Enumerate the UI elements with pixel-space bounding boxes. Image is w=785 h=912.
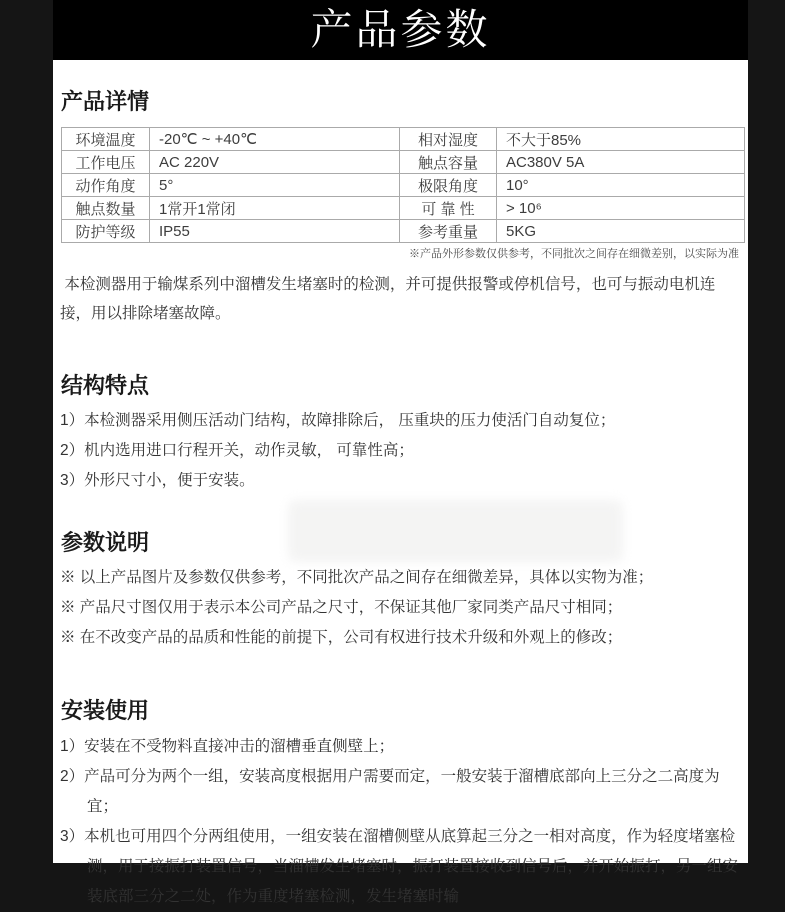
spec-label: 动作角度 — [62, 174, 150, 197]
spec-label: 相对湿度 — [400, 128, 497, 151]
table-note: ※产品外形参数仅供参考，不同批次之间存在细微差别，以实际为准 — [60, 247, 739, 261]
spec-value: 不大于85% — [497, 128, 745, 151]
spec-label: 环境温度 — [62, 128, 150, 151]
spec-label: 参考重量 — [400, 220, 497, 243]
product-description: 本检测器用于输煤系列中溜槽发生堵塞时的检测，并可提供报警或停机信号，也可与振动电… — [60, 270, 741, 328]
spec-label: 极限角度 — [400, 174, 497, 197]
list-item: 2）机内选用进口行程开关，动作灵敏， 可靠性高； — [60, 436, 741, 466]
installation-list: 1）安装在不受物料直接冲击的溜槽垂直侧壁上；2）产品可分为两个一组，安装高度根据… — [60, 732, 741, 863]
spec-label: 触点容量 — [400, 151, 497, 174]
list-item: ※ 以上产品图片及参数仅供参考，不同批次产品之间存在细微差异，具体以实物为准； — [60, 563, 741, 593]
list-item: 2）产品可分为两个一组，安装高度根据用户需要而定，一般安装于溜槽底部向上三分之二… — [60, 762, 741, 822]
spec-label: 触点数量 — [62, 197, 150, 220]
spec-value: 1常开1常闭 — [150, 197, 400, 220]
section-heading-structure-features: 结构特点 — [61, 372, 741, 399]
list-item: ※ 在不改变产品的品质和性能的前提下，公司有权进行技术升级和外观上的修改； — [60, 623, 741, 653]
spec-label: 可 靠 性 — [400, 197, 497, 220]
section-heading-parameter-notes: 参数说明 — [61, 529, 741, 556]
parameter-notes-list: ※ 以上产品图片及参数仅供参考，不同批次产品之间存在细微差异，具体以实物为准；※… — [60, 563, 741, 653]
spec-value: 5KG — [497, 220, 745, 243]
list-item: 3）外形尺寸小，便于安装。 — [60, 466, 741, 496]
spec-value: AC380V 5A — [497, 151, 745, 174]
spec-label: 防护等级 — [62, 220, 150, 243]
spec-value: > 10⁶ — [497, 197, 745, 220]
page-title: 产品参数 — [310, 9, 490, 51]
spec-table-body: 环境温度-20℃ ~ +40℃相对湿度不大于85%工作电压AC 220V触点容量… — [62, 128, 745, 243]
spec-value: -20℃ ~ +40℃ — [150, 128, 400, 151]
banner: 产品参数 — [53, 0, 748, 60]
spec-row: 动作角度5°极限角度10° — [62, 174, 745, 197]
spec-table: 环境温度-20℃ ~ +40℃相对湿度不大于85%工作电压AC 220V触点容量… — [61, 127, 745, 243]
spec-label: 工作电压 — [62, 151, 150, 174]
product-detail-card: 产品参数 产品详情 环境温度-20℃ ~ +40℃相对湿度不大于85%工作电压A… — [53, 0, 748, 863]
list-item: 3）本机也可用四个分两组使用，一组安装在溜槽侧壁从底算起三分之一相对高度，作为轻… — [60, 822, 741, 863]
content: 产品详情 环境温度-20℃ ~ +40℃相对湿度不大于85%工作电压AC 220… — [53, 88, 748, 863]
spec-row: 工作电压AC 220V触点容量AC380V 5A — [62, 151, 745, 174]
list-item: ※ 产品尺寸图仅用于表示本公司产品之尺寸，不保证其他厂家同类产品尺寸相同； — [60, 593, 741, 623]
list-item: 1）本检测器采用侧压活动门结构，故障排除后， 压重块的压力使活门自动复位； — [60, 406, 741, 436]
structure-features-list: 1）本检测器采用侧压活动门结构，故障排除后， 压重块的压力使活门自动复位；2）机… — [60, 406, 741, 496]
section-heading-product-details: 产品详情 — [61, 88, 741, 115]
spec-row: 防护等级IP55参考重量5KG — [62, 220, 745, 243]
spec-row: 环境温度-20℃ ~ +40℃相对湿度不大于85% — [62, 128, 745, 151]
section-heading-installation: 安装使用 — [61, 697, 741, 724]
spec-row: 触点数量1常开1常闭可 靠 性> 10⁶ — [62, 197, 745, 220]
spec-value: 10° — [497, 174, 745, 197]
spec-value: AC 220V — [150, 151, 400, 174]
spec-value: 5° — [150, 174, 400, 197]
spec-value: IP55 — [150, 220, 400, 243]
list-item: 1）安装在不受物料直接冲击的溜槽垂直侧壁上； — [60, 732, 741, 762]
